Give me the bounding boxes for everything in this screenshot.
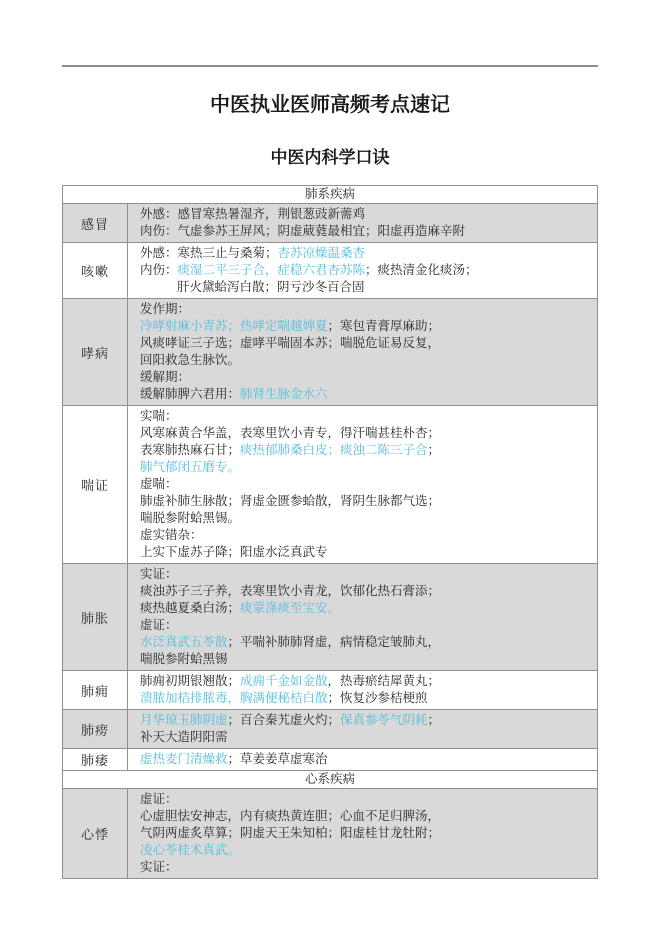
mnemonic-table-body: 肺系疾病感冒外感：感冒寒热暑湿齐，荆银葱豉新薷鸡肉伤：气虚参苏王屏风；阴虚葳蕤最… [63, 186, 598, 879]
formula-highlight-text: 冷哮射麻小青苏；热哮定喘越婢夏 [140, 319, 328, 333]
mnemonic-line: 月华琼玉肺阴虚；百合秦艽虚火灼；保真参苓气阴耗； [140, 712, 589, 729]
mnemonic-text: 虚证： [140, 618, 178, 632]
mnemonic-text: 缓解肺脾六君用： [140, 387, 240, 401]
formula-highlight-text: 凌心苓桂术真武。 [140, 843, 240, 857]
formula-highlight-text: 痰湿二平三子合，症稳六君杏苏陈 [178, 263, 366, 277]
mnemonic-text: 外感：寒热三止与桑菊； [140, 246, 278, 260]
mnemonic-text: 痰浊苏子三子养，表寒里饮小青龙，饮郁化热石膏添； [140, 584, 440, 598]
mnemonic-line: 虚实错杂： [140, 527, 589, 544]
mnemonic-line: 上实下虚苏子降；阳虚水泛真武专 [140, 544, 589, 561]
mnemonic-text: 实证： [140, 567, 178, 581]
mnemonic-line: 肺痈初期银翘散；成痈千金如金散，热毒瘀结犀黄丸； [140, 673, 589, 690]
mnemonic-line: 表寒肺热麻石甘；痰热郁肺桑白皮；痰浊二陈三子合； [140, 442, 589, 459]
mnemonic-text: 上实下虚苏子降；阳虚水泛真武专 [140, 545, 328, 559]
mnemonic-line: 水泛真武五苓散；平喘补肺肺肾虚，病情稳定皱肺丸， [140, 634, 589, 651]
mnemonic-line: 缓解期： [140, 369, 589, 386]
mnemonic-line: 喘脱参附蛤黑锡 [140, 651, 589, 668]
mnemonic-content: 外感：寒热三止与桑菊；杏苏凉燥温桑杏内伤：痰湿二平三子合，症稳六君杏苏陈；痰热清… [128, 243, 598, 299]
mnemonic-text: ，热毒瘀结犀黄丸； [328, 674, 441, 688]
disease-label: 肺胀 [63, 564, 128, 671]
document-page: 中医执业医师高频考点速记 中医内科学口诀 肺系疾病感冒外感：感冒寒热暑湿齐，荆银… [62, 0, 598, 879]
mnemonic-text: 虚证： [140, 792, 178, 806]
mnemonic-text: 气阴两虚炙草算；阴虚天王朱知柏；阳虚桂甘龙牡附； [140, 826, 440, 840]
mnemonic-content: 月华琼玉肺阴虚；百合秦艽虚火灼；保真参苓气阴耗；补天大造阴阳需 [128, 710, 598, 749]
mnemonic-text: 痰热越夏桑白汤； [140, 601, 240, 615]
mnemonic-line: 实证： [140, 859, 589, 876]
section-title: 心系疾病 [63, 771, 598, 789]
document-title: 中医执业医师高频考点速记 [62, 94, 598, 116]
mnemonic-content: 发作期：冷哮射麻小青苏；热哮定喘越婢夏；寒包青膏厚麻助；风痰哮证三子选；虚哮平喘… [128, 299, 598, 406]
mnemonic-content: 外感：感冒寒热暑湿齐，荆银葱豉新薷鸡肉伤：气虚参苏王屏风；阴虚葳蕤最相宜；阳虚再… [128, 204, 598, 243]
mnemonic-text: ；痰热清金化痰汤； [365, 263, 478, 277]
mnemonic-line: 痰浊苏子三子养，表寒里饮小青龙，饮郁化热石膏添； [140, 583, 589, 600]
mnemonic-text: ；草姜姜草虚寒治 [228, 752, 328, 766]
mnemonic-line: 实喘： [140, 408, 589, 425]
mnemonic-text: 缓解期： [140, 370, 190, 384]
disease-label: 哮病 [63, 299, 128, 406]
disease-label: 喘证 [63, 406, 128, 564]
disease-row: 肺胀实证：痰浊苏子三子养，表寒里饮小青龙，饮郁化热石膏添；痰热越夏桑白汤；痰蒙涤… [63, 564, 598, 671]
mnemonic-text: 实喘： [140, 409, 178, 423]
disease-row: 哮病发作期：冷哮射麻小青苏；热哮定喘越婢夏；寒包青膏厚麻助；风痰哮证三子选；虚哮… [63, 299, 598, 406]
formula-highlight-text: 虚热麦门清燥救 [140, 752, 228, 766]
mnemonic-line: 心虚胆怯安神志，内有痰热黄连胆；心血不足归脾汤， [140, 808, 589, 825]
mnemonic-text: 肺虚补肺生脉散；肾虚金匮参蛤散，肾阴生脉都气选； [140, 494, 440, 508]
mnemonic-line: 风寒麻黄合华盖，表寒里饮小青专，得汗喘甚桂朴杏； [140, 425, 589, 442]
mnemonic-line: 发作期： [140, 301, 589, 318]
mnemonic-text: ；恢复沙参桔梗煎 [328, 691, 428, 705]
section-title: 肺系疾病 [63, 186, 598, 204]
disease-label: 肺痿 [63, 749, 128, 771]
mnemonic-content: 虚热麦门清燥救；草姜姜草虚寒治 [128, 749, 598, 771]
mnemonic-line: 肺气郁闭五磨专。 [140, 459, 589, 476]
mnemonic-line: 虚证： [140, 791, 589, 808]
disease-row: 肺痨月华琼玉肺阴虚；百合秦艽虚火灼；保真参苓气阴耗；补天大造阴阳需 [63, 710, 598, 749]
mnemonic-line: 缓解肺脾六君用：肺肾生脉金水六 [140, 386, 589, 403]
mnemonic-text: 喘脱参附蛤黑锡。 [140, 511, 240, 525]
mnemonic-line: 补天大造阴阳需 [140, 729, 589, 746]
disease-label: 心悸 [63, 789, 128, 879]
disease-row: 肺痈肺痈初期银翘散；成痈千金如金散，热毒瘀结犀黄丸；溃脓加桔排脓毒，胸满便秘桔白… [63, 671, 598, 710]
mnemonic-text: 肉伤：气虚参苏王屏风；阴虚葳蕤最相宜；阳虚再造麻辛附 [140, 224, 465, 238]
mnemonic-line: 实证： [140, 566, 589, 583]
disease-row: 心悸虚证：心虚胆怯安神志，内有痰热黄连胆；心血不足归脾汤，气阴两虚炙草算；阴虚天… [63, 789, 598, 879]
formula-highlight-text: 杏苏凉燥温桑杏 [278, 246, 366, 260]
section-header-row: 心系疾病 [63, 771, 598, 789]
mnemonic-line: 肺虚补肺生脉散；肾虚金匮参蛤散，肾阴生脉都气选； [140, 493, 589, 510]
disease-label: 感冒 [63, 204, 128, 243]
mnemonic-line: 痰热越夏桑白汤；痰蒙涤痰至宝安。 [140, 600, 589, 617]
section-header-row: 肺系疾病 [63, 186, 598, 204]
mnemonic-text: 发作期： [140, 302, 190, 316]
disease-row: 咳嗽外感：寒热三止与桑菊；杏苏凉燥温桑杏内伤：痰湿二平三子合，症稳六君杏苏陈；痰… [63, 243, 598, 299]
mnemonic-text: 虚喘： [140, 477, 178, 491]
mnemonic-line: 虚热麦门清燥救；草姜姜草虚寒治 [140, 751, 589, 768]
mnemonic-line: 外感：寒热三止与桑菊；杏苏凉燥温桑杏 [140, 245, 589, 262]
mnemonic-text: 风痰哮证三子选；虚哮平喘固本苏；喘脱危证易反复， [140, 336, 440, 350]
mnemonic-content: 虚证：心虚胆怯安神志，内有痰热黄连胆；心血不足归脾汤，气阴两虚炙草算；阴虚天王朱… [128, 789, 598, 879]
disease-row: 喘证实喘：风寒麻黄合华盖，表寒里饮小青专，得汗喘甚桂朴杏；表寒肺热麻石甘；痰热郁… [63, 406, 598, 564]
mnemonic-line: 冷哮射麻小青苏；热哮定喘越婢夏；寒包青膏厚麻助； [140, 318, 589, 335]
mnemonic-line: 肉伤：气虚参苏王屏风；阴虚葳蕤最相宜；阳虚再造麻辛附 [140, 223, 589, 240]
disease-row: 肺痿虚热麦门清燥救；草姜姜草虚寒治 [63, 749, 598, 771]
mnemonic-line: 肝火黛蛤泻白散；阴亏沙冬百合固 [140, 279, 589, 296]
mnemonic-text: ；平喘补肺肺肾虚，病情稳定皱肺丸， [228, 635, 441, 649]
formula-highlight-text: 保真参苓气阴耗 [340, 713, 428, 727]
disease-row: 感冒外感：感冒寒热暑湿齐，荆银葱豉新薷鸡肉伤：气虚参苏王屏风；阴虚葳蕤最相宜；阳… [63, 204, 598, 243]
mnemonic-content: 实喘：风寒麻黄合华盖，表寒里饮小青专，得汗喘甚桂朴杏；表寒肺热麻石甘；痰热郁肺桑… [128, 406, 598, 564]
mnemonic-line: 溃脓加桔排脓毒，胸满便秘桔白散；恢复沙参桔梗煎 [140, 690, 589, 707]
mnemonic-line: 凌心苓桂术真武。 [140, 842, 589, 859]
formula-highlight-text: 成痈千金如金散 [240, 674, 328, 688]
header-rule [62, 65, 598, 67]
formula-highlight-text: 痰蒙涤痰至宝安。 [240, 601, 340, 615]
mnemonic-line: 虚证： [140, 617, 589, 634]
mnemonic-line: 喘脱参附蛤黑锡。 [140, 510, 589, 527]
mnemonic-text: 喘脱参附蛤黑锡 [140, 652, 228, 666]
disease-label: 肺痈 [63, 671, 128, 710]
formula-highlight-text: 溃脓加桔排脓毒，胸满便秘桔白散 [140, 691, 328, 705]
mnemonic-text: 外感：感冒寒热暑湿齐，荆银葱豉新薷鸡 [140, 207, 365, 221]
mnemonic-line: 内伤：痰湿二平三子合，症稳六君杏苏陈；痰热清金化痰汤； [140, 262, 589, 279]
disease-label: 肺痨 [63, 710, 128, 749]
disease-label: 咳嗽 [63, 243, 128, 299]
mnemonic-text: 肝火黛蛤泻白散；阴亏沙冬百合固 [177, 280, 365, 294]
mnemonic-text: 表寒肺热麻石甘； [140, 443, 240, 457]
section-subtitle: 中医内科学口诀 [62, 148, 598, 167]
mnemonic-line: 回阳救急生脉饮。 [140, 352, 589, 369]
formula-highlight-text: 肺肾生脉金水六 [240, 387, 328, 401]
mnemonic-text: 肺痈初期银翘散； [140, 674, 240, 688]
formula-highlight-text: 月华琼玉肺阴虚 [140, 713, 228, 727]
mnemonic-text: 心虚胆怯安神志，内有痰热黄连胆；心血不足归脾汤， [140, 809, 440, 823]
mnemonic-text: 虚实错杂： [140, 528, 203, 542]
mnemonic-text: ；寒包青膏厚麻助； [328, 319, 441, 333]
mnemonic-text: 回阳救急生脉饮。 [140, 353, 240, 367]
mnemonic-content: 实证：痰浊苏子三子养，表寒里饮小青龙，饮郁化热石膏添；痰热越夏桑白汤；痰蒙涤痰至… [128, 564, 598, 671]
mnemonic-line: 气阴两虚炙草算；阴虚天王朱知柏；阳虚桂甘龙牡附； [140, 825, 589, 842]
formula-highlight-text: 痰热郁肺桑白皮；痰浊二陈三子合 [240, 443, 428, 457]
formula-highlight-text: 水泛真武五苓散 [140, 635, 228, 649]
mnemonic-line: 虚喘： [140, 476, 589, 493]
mnemonic-text: 内伤： [140, 263, 178, 277]
mnemonic-table: 肺系疾病感冒外感：感冒寒热暑湿齐，荆银葱豉新薷鸡肉伤：气虚参苏王屏风；阴虚葳蕤最… [62, 185, 598, 879]
formula-highlight-text: 肺气郁闭五磨专。 [140, 460, 240, 474]
mnemonic-text: ； [428, 443, 441, 457]
mnemonic-line: 风痰哮证三子选；虚哮平喘固本苏；喘脱危证易反复， [140, 335, 589, 352]
mnemonic-text: ；百合秦艽虚火灼； [228, 713, 341, 727]
mnemonic-text: 风寒麻黄合华盖，表寒里饮小青专，得汗喘甚桂朴杏； [140, 426, 440, 440]
mnemonic-content: 肺痈初期银翘散；成痈千金如金散，热毒瘀结犀黄丸；溃脓加桔排脓毒，胸满便秘桔白散；… [128, 671, 598, 710]
mnemonic-text: ； [428, 713, 441, 727]
mnemonic-text: 补天大造阴阳需 [140, 730, 228, 744]
mnemonic-line: 外感：感冒寒热暑湿齐，荆银葱豉新薷鸡 [140, 206, 589, 223]
mnemonic-text: 实证： [140, 860, 178, 874]
